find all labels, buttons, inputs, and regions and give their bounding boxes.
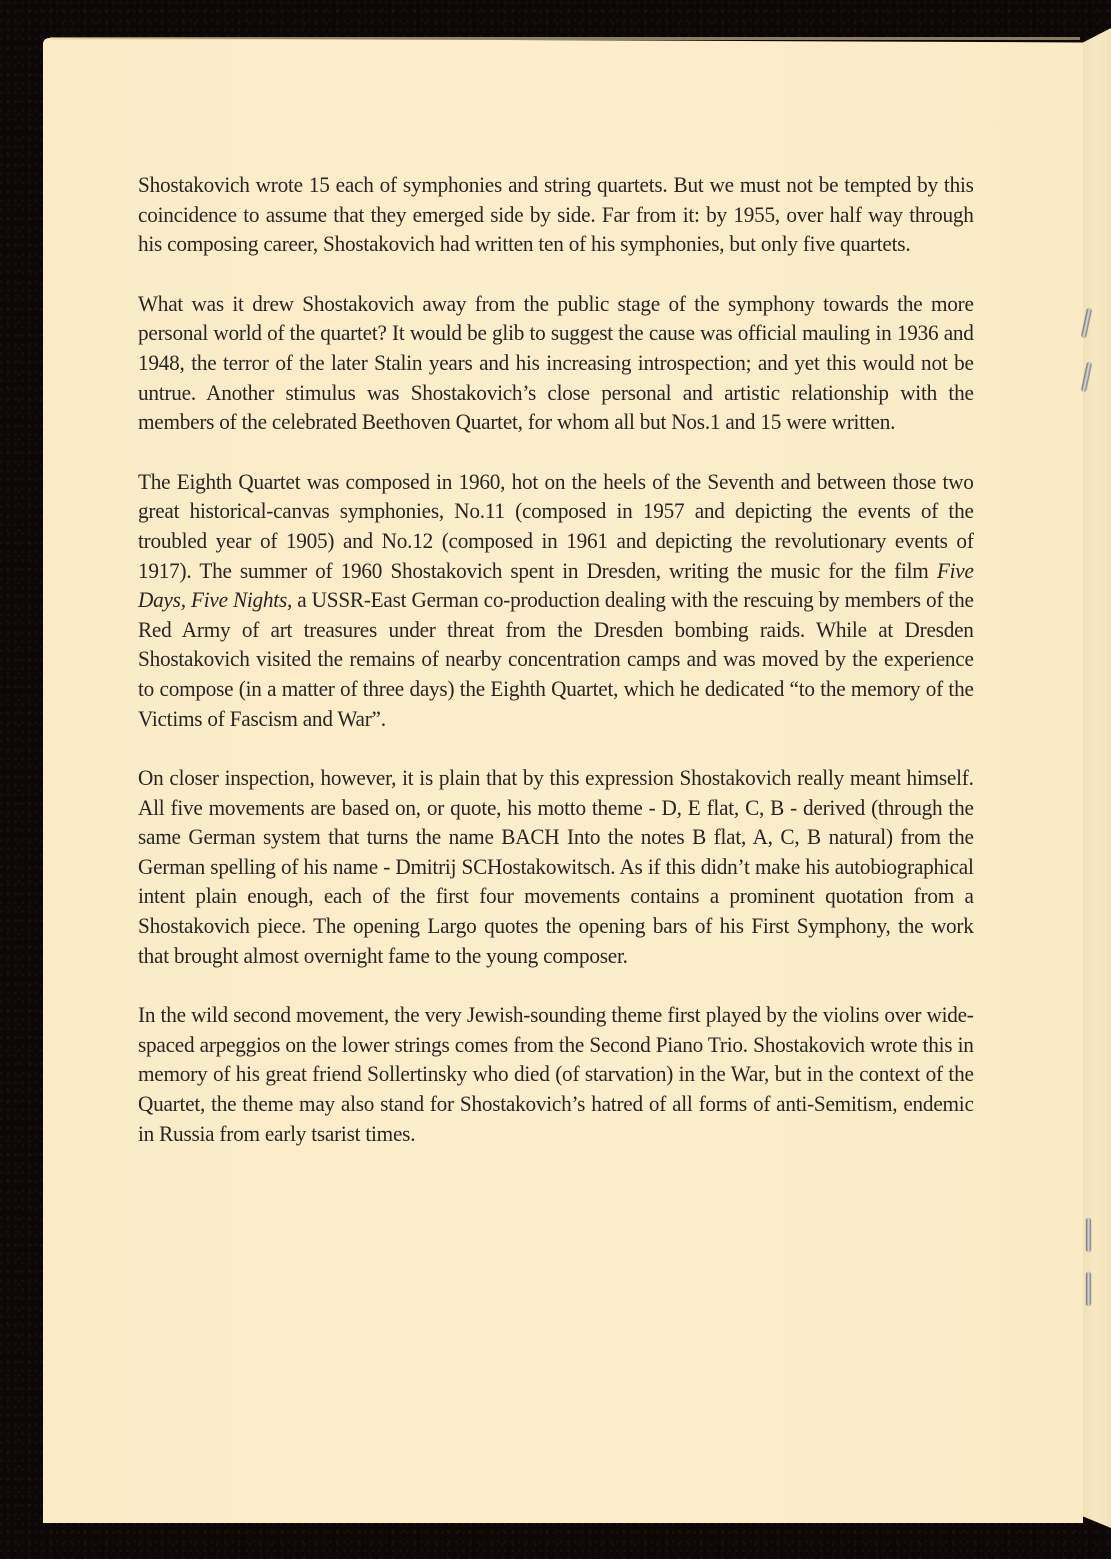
paragraph-text: Shostakovich wrote 15 each of symphonies… [138, 172, 974, 256]
paragraph-text: The Eighth Quartet was composed in 1960,… [138, 469, 974, 583]
paragraph-symphonies-and-quartets: Shostakovich wrote 15 each of symphonies… [138, 170, 974, 259]
staple-icon [1086, 1218, 1091, 1252]
staple-icon [1086, 1272, 1091, 1306]
paragraph-second-movement: In the wild second movement, the very Je… [138, 1000, 974, 1148]
paragraph-personal-world: What was it drew Shostakovich away from … [138, 289, 974, 437]
page-body-text: Shostakovich wrote 15 each of symphonies… [138, 170, 974, 1178]
paragraph-text: In the wild second movement, the very Je… [138, 1002, 974, 1145]
page-top-edge [50, 37, 1080, 40]
paragraph-motto-theme: On closer inspection, however, it is pla… [138, 763, 974, 970]
paragraph-text: What was it drew Shostakovich away from … [138, 291, 974, 434]
paragraph-text: On closer inspection, however, it is pla… [138, 765, 974, 968]
paragraph-eighth-quartet-origin: The Eighth Quartet was composed in 1960,… [138, 467, 974, 733]
